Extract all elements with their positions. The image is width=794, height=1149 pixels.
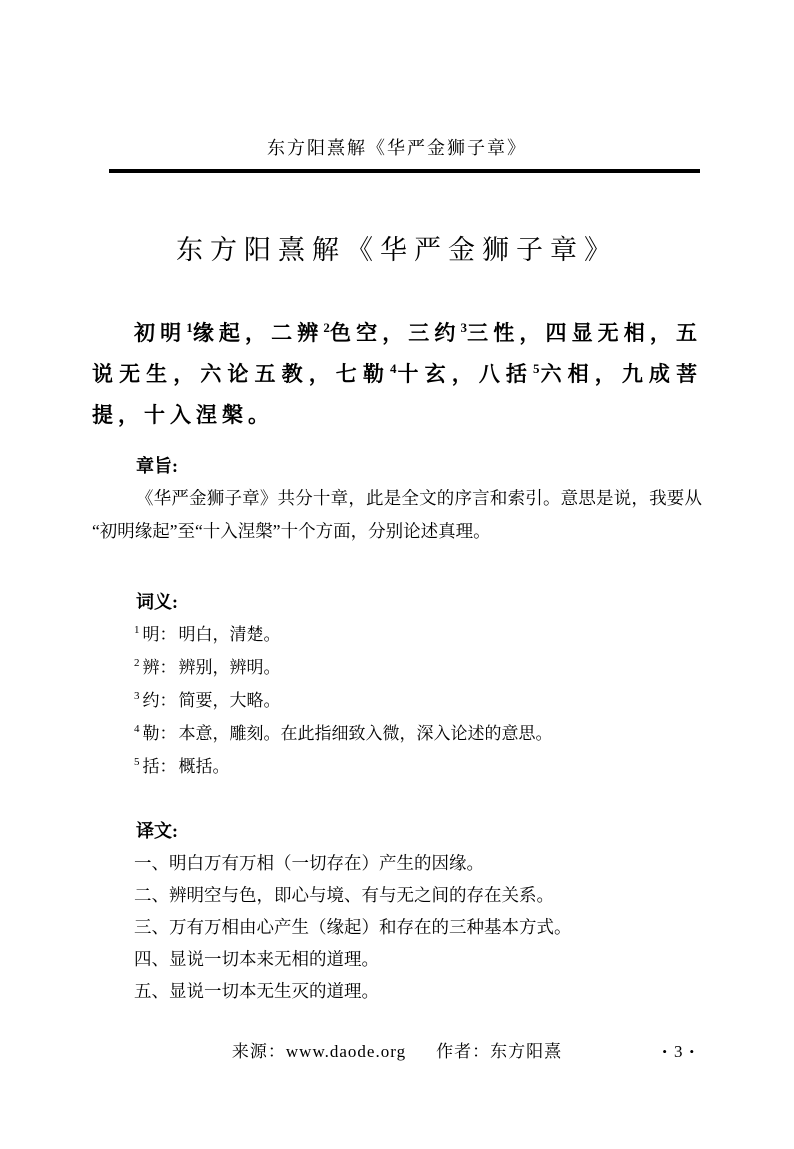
- definition-row: 1明：明白，清楚。: [92, 618, 702, 651]
- page-number: •3•: [662, 1041, 694, 1063]
- zhangzhi-paragraph: 《华严金狮子章》共分十章，此是全文的序言和索引。意思是说，我要从“初明缘起”至“…: [92, 482, 702, 548]
- translation-item: 四、显说一切本来无相的道理。: [92, 943, 702, 975]
- document-title: 东方阳熹解《华严金狮子章》: [92, 235, 702, 265]
- page-number-value: 3: [674, 1042, 683, 1061]
- footnote-number: 4: [134, 723, 140, 735]
- translation-item: 二、辨明空与色，即心与境、有与无之间的存在关系。: [92, 879, 702, 911]
- definition-meaning: 概括。: [179, 757, 230, 776]
- footnote-number: 3: [134, 690, 140, 702]
- footnote-number: 1: [134, 624, 140, 636]
- verse-text: 十玄，八括: [396, 362, 533, 386]
- verse-text: 初明: [134, 321, 186, 345]
- section-label-yiwen: 译文:: [92, 815, 702, 847]
- definition-meaning: 本意，雕刻。在此指细致入微，深入论述的意思。: [179, 724, 553, 743]
- footnote-number: 2: [134, 657, 140, 669]
- definition-meaning: 明白，清楚。: [179, 625, 281, 644]
- section-zhangzhi: 章旨: 《华严金狮子章》共分十章，此是全文的序言和索引。意思是说，我要从“初明缘…: [92, 450, 702, 548]
- verse-text: 缘起，二辨: [193, 321, 324, 345]
- source-url: www.daode.org: [286, 1042, 406, 1061]
- translation-item: 三、万有万相由心产生（缘起）和存在的三种基本方式。: [92, 911, 702, 943]
- page-number-right-bullet: •: [689, 1044, 694, 1059]
- definition-term: 约：: [143, 691, 177, 710]
- translation-item: 五、显说一切本无生灭的道理。: [92, 975, 702, 1007]
- definition-meaning: 简要，大略。: [179, 691, 281, 710]
- definitions-list: 1明：明白，清楚。2辨：辨别，辨明。3约：简要，大略。4勒：本意，雕刻。在此指细…: [92, 618, 702, 783]
- definition-term: 辨：: [143, 658, 177, 677]
- definition-term: 勒：: [143, 724, 177, 743]
- footnote-number: 5: [134, 756, 140, 768]
- verse-text: 色空，三约: [330, 321, 461, 345]
- definition-row: 3约：简要，大略。: [92, 684, 702, 717]
- section-label-zhangzhi: 章旨:: [92, 450, 702, 482]
- page-number-left-bullet: •: [662, 1044, 667, 1059]
- author-label: 作者：: [436, 1042, 490, 1061]
- opening-verse: 初明1缘起，二辨2色空，三约3三性，四显无相，五说无生，六论五教，七勒4十玄，八…: [92, 313, 702, 436]
- source-label: 来源：: [232, 1042, 286, 1061]
- footer: 来源：www.daode.org作者：东方阳熹 •3•: [92, 1041, 702, 1063]
- definition-meaning: 辨别，辨明。: [179, 658, 281, 677]
- document-page: 东方阳熹解《华严金狮子章》 东方阳熹解《华严金狮子章》 初明1缘起，二辨2色空，…: [0, 0, 794, 1149]
- translation-list: 一、明白万有万相（一切存在）产生的因缘。二、辨明空与色，即心与境、有与无之间的存…: [92, 847, 702, 1007]
- running-header-title: 东方阳熹解《华严金狮子章》: [92, 138, 702, 158]
- definition-row: 2辨：辨别，辨明。: [92, 651, 702, 684]
- definition-row: 4勒：本意，雕刻。在此指细致入微，深入论述的意思。: [92, 717, 702, 750]
- translation-item: 一、明白万有万相（一切存在）产生的因缘。: [92, 847, 702, 879]
- definition-term: 括：: [143, 757, 177, 776]
- definition-row: 5括：概括。: [92, 750, 702, 783]
- section-ciyi: 词义: 1明：明白，清楚。2辨：辨别，辨明。3约：简要，大略。4勒：本意，雕刻。…: [92, 586, 702, 783]
- section-label-ciyi: 词义:: [92, 586, 702, 618]
- author-name: 东方阳熹: [490, 1042, 562, 1061]
- footer-credits: 来源：www.daode.org作者：东方阳熹: [232, 1042, 562, 1061]
- section-yiwen: 译文: 一、明白万有万相（一切存在）产生的因缘。二、辨明空与色，即心与境、有与无…: [92, 815, 702, 1007]
- header-rule: [109, 169, 700, 173]
- definition-term: 明：: [143, 625, 177, 644]
